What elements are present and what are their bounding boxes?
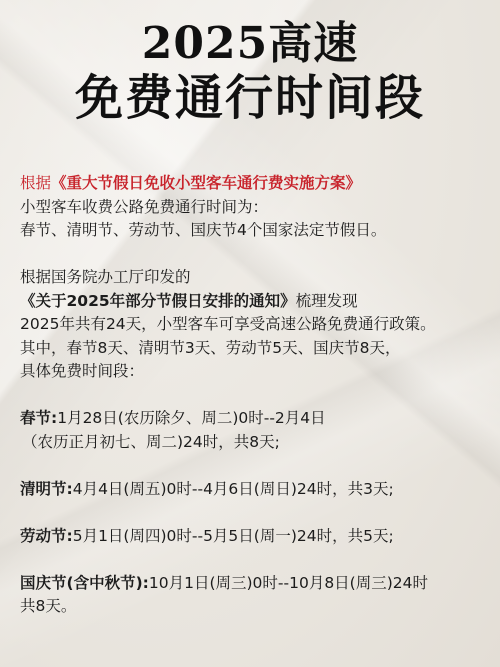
holiday-period: 4月4日(周五)0时--4月6日(周日)24时，共3天; bbox=[73, 480, 394, 498]
holiday-name: 劳动节: bbox=[20, 527, 73, 545]
page-title-line-2: 免费通行时间段 bbox=[0, 68, 500, 128]
holiday-qingming: 清明节:4月4日(周五)0时--4月6日(周日)24时，共3天; bbox=[20, 478, 490, 502]
holiday-name: 春节: bbox=[20, 409, 57, 427]
intro-line-1: 小型客车收费公路免费通行时间为： bbox=[20, 196, 490, 220]
source-prefix: 根据 bbox=[20, 174, 51, 192]
intro-line-2: 春节、清明节、劳动节、国庆节4个国家法定节假日。 bbox=[20, 219, 490, 243]
notice-line-4: 其中，春节8天、清明节3天、劳动节5天、国庆节8天， bbox=[20, 337, 490, 361]
holiday-name: 国庆节(含中秋节): bbox=[20, 574, 149, 592]
notice-doc-suffix: 梳理发现 bbox=[296, 292, 358, 310]
holiday-name: 清明节: bbox=[20, 480, 73, 498]
holiday-period: 1月28日(农历除夕、周二)0时--2月4日 bbox=[57, 409, 325, 427]
article-body: 根据《重大节假日免收小型客车通行费实施方案》 小型客车收费公路免费通行时间为： … bbox=[20, 172, 490, 619]
notice-line-5: 具体免费时间段： bbox=[20, 360, 490, 384]
holiday-period-cont: 共8天。 bbox=[20, 595, 490, 619]
holiday-national-day: 国庆节(含中秋节):10月1日(周三)0时--10月8日(周三)24时 共8天。 bbox=[20, 572, 490, 619]
holiday-period-cont: （农历正月初七、周二)24时，共8天; bbox=[20, 431, 490, 455]
holiday-period: 5月1日(周四)0时--5月5日(周一)24时，共5天; bbox=[73, 527, 394, 545]
notice-line-2: 《关于2025年部分节假日安排的通知》梳理发现 bbox=[20, 290, 490, 314]
notice-document-title: 《关于2025年部分节假日安排的通知》 bbox=[20, 292, 296, 310]
source-reference: 根据《重大节假日免收小型客车通行费实施方案》 bbox=[20, 172, 490, 196]
holiday-spring-festival: 春节:1月28日(农历除夕、周二)0时--2月4日 （农历正月初七、周二)24时… bbox=[20, 407, 490, 454]
page-title-line-1: 2025高速 bbox=[0, 16, 500, 72]
source-document-title: 《重大节假日免收小型客车通行费实施方案》 bbox=[51, 174, 361, 192]
holiday-period: 10月1日(周三)0时--10月8日(周三)24时 bbox=[149, 574, 428, 592]
holiday-labor-day: 劳动节:5月1日(周四)0时--5月5日(周一)24时，共5天; bbox=[20, 525, 490, 549]
notice-line-1: 根据国务院办工厅印发的 bbox=[20, 266, 490, 290]
notice-line-3: 2025年共有24天，小型客车可享受高速公路免费通行政策。 bbox=[20, 313, 490, 337]
